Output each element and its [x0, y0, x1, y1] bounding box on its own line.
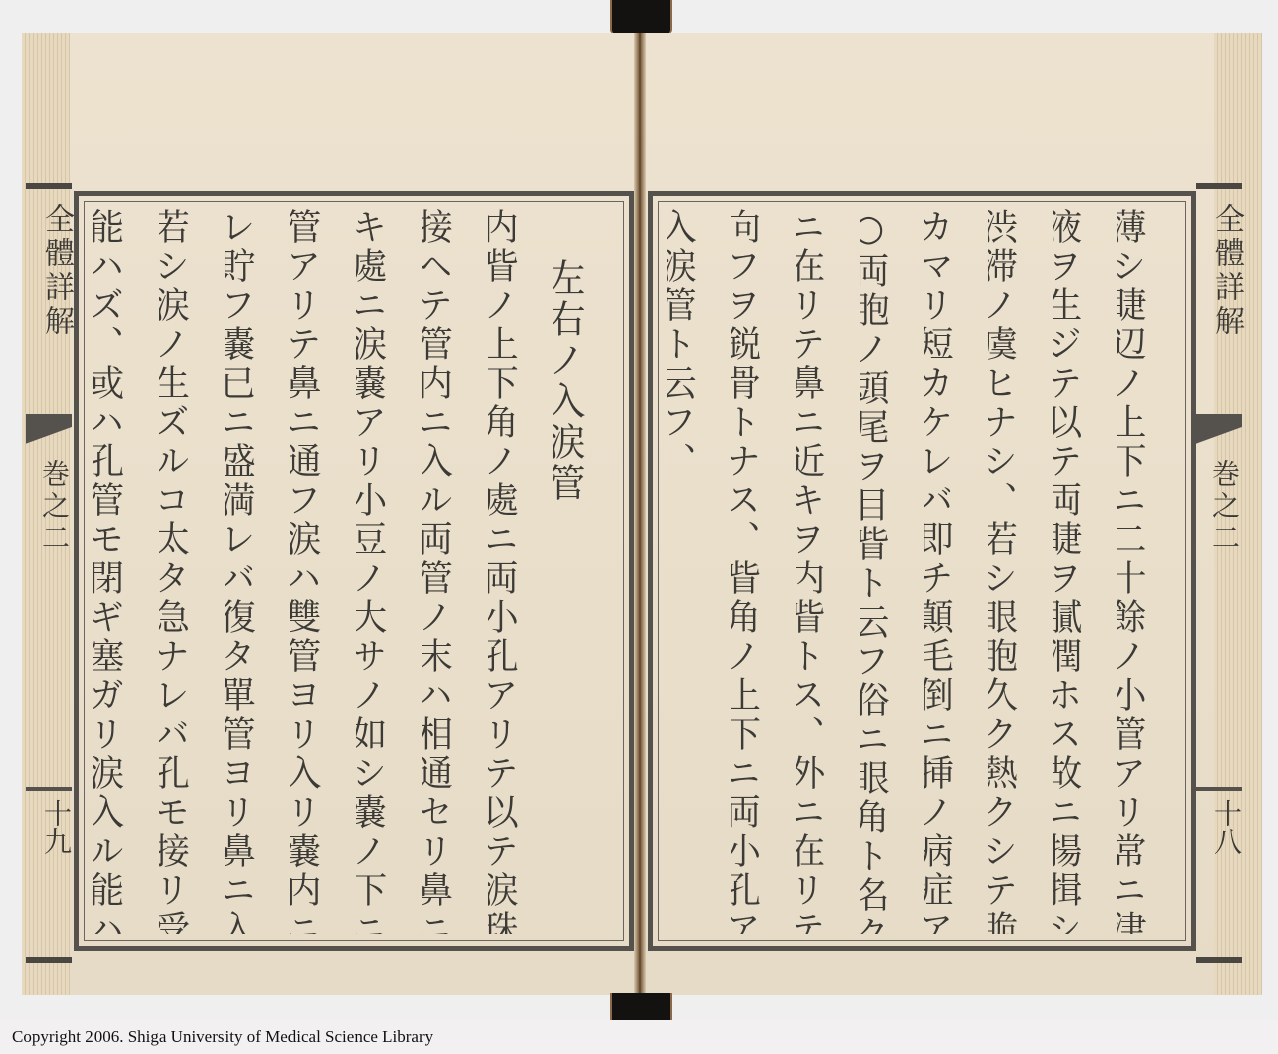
book-gutter: [634, 33, 646, 995]
text-column: レ貯フ嚢已ニ盛満レバ復タ單管ヨリ鼻ニ入ル、: [225, 208, 287, 934]
spine-title: 全體詳解: [1204, 203, 1248, 339]
text-column: 入涙管ト云フ、: [667, 208, 727, 934]
spine-volume: 巻之二: [1204, 459, 1244, 555]
page-number: 十八: [1206, 799, 1246, 855]
spine-volume: 巻之二: [34, 459, 74, 555]
text-column: 管アリテ鼻ニ通フ涙ハ雙管ヨリ入リ嚢内ニ蔵: [290, 208, 352, 934]
right-text-columns: 薄シ睫辺ノ上下ニ二十餘ノ小管アリ常ニ津 液ヲ生ジテ以テ両睫ヲ膩潤ホス故ニ揚揖シテ…: [667, 208, 1177, 934]
left-text-columns: 左右ノ入涙管 内眥ノ上下角ノ處ニ両小孔アリテ以テ涙珠ヲ 接ヘテ管内ニ入ル両管ノ末…: [93, 208, 615, 934]
text-column: カマリ短カケレバ即チ顛毛倒ニ挿ノ病症アリ、: [924, 208, 984, 934]
text-column: 内眥ノ上下角ノ處ニ両小孔アリテ以テ涙珠ヲ: [488, 208, 550, 934]
left-spine-margin: 全體詳解 巻之二 十九: [26, 183, 72, 963]
copyright-notice: Copyright 2006. Shiga University of Medi…: [12, 1027, 433, 1047]
text-column: 接ヘテ管内ニ入ル両管ノ末ハ相通セリ鼻ニ近: [422, 208, 484, 934]
text-column: 薄シ睫辺ノ上下ニ二十餘ノ小管アリ常ニ津: [1117, 208, 1177, 934]
left-page: 全體詳解 巻之二 十九 左右ノ入涙管 内眥ノ上下角ノ處ニ両小孔アリテ以テ涙珠ヲ …: [22, 33, 639, 995]
left-text-frame: 左右ノ入涙管 内眥ノ上下角ノ處ニ両小孔アリテ以テ涙珠ヲ 接ヘテ管内ニ入ル両管ノ末…: [74, 191, 634, 951]
text-column: 向フヲ鋭骨トナス、眥角ノ上下ニ両小孔アルヲ: [731, 208, 791, 934]
section-heading: 左右ノ入涙管: [553, 208, 615, 984]
right-page: 薄シ睫辺ノ上下ニ二十餘ノ小管アリ常ニ津 液ヲ生ジテ以テ両睫ヲ膩潤ホス故ニ揚揖シテ…: [640, 33, 1262, 995]
right-text-frame: 薄シ睫辺ノ上下ニ二十餘ノ小管アリ常ニ津 液ヲ生ジテ以テ両睫ヲ膩潤ホス故ニ揚揖シテ…: [648, 191, 1196, 951]
text-column: ○両胞ノ頭尾ヲ目眥ト云フ俗ニ眼角ト名ク内: [860, 208, 920, 934]
folio-divider: [26, 787, 72, 791]
text-column: 液ヲ生ジテ以テ両睫ヲ膩潤ホス故ニ揚揖シテ: [1053, 208, 1113, 934]
text-column: 能ハズ、或ハ孔管モ閉ギ塞ガリ涙入ル能ハザレ: [93, 208, 155, 934]
page-number: 十九: [36, 799, 76, 855]
scanned-image: 全體詳解 巻之二 十九 左右ノ入涙管 内眥ノ上下角ノ處ニ両小孔アリテ以テ涙珠ヲ …: [0, 0, 1278, 1020]
folio-divider: [1196, 787, 1242, 791]
text-column: 渋滞ノ虞ヒナシ、若シ眼胞久ク熱クシテ脆骨縮: [988, 208, 1048, 934]
open-book: 全體詳解 巻之二 十九 左右ノ入涙管 内眥ノ上下角ノ處ニ両小孔アリテ以テ涙珠ヲ …: [22, 33, 1262, 995]
fish-tail-mark-icon: [26, 414, 72, 456]
text-column: 若シ涙ノ生ズルコ太タ急ナレバ孔モ接リ受ル: [159, 208, 221, 934]
bookmark-ribbon-bottom: [610, 993, 672, 1020]
text-column: キ處ニ涙嚢アリ小豆ノ大サノ如シ嚢ノ下ニ單: [356, 208, 418, 934]
right-spine-margin: 全體詳解 巻之二 十八: [1196, 183, 1242, 963]
spine-title: 全體詳解: [34, 203, 78, 339]
fish-tail-mark-icon: [1196, 414, 1242, 456]
text-column: ニ在リテ鼻ニ近キヲ内眥トス、外ニ在リテ耳ニ: [796, 208, 856, 934]
